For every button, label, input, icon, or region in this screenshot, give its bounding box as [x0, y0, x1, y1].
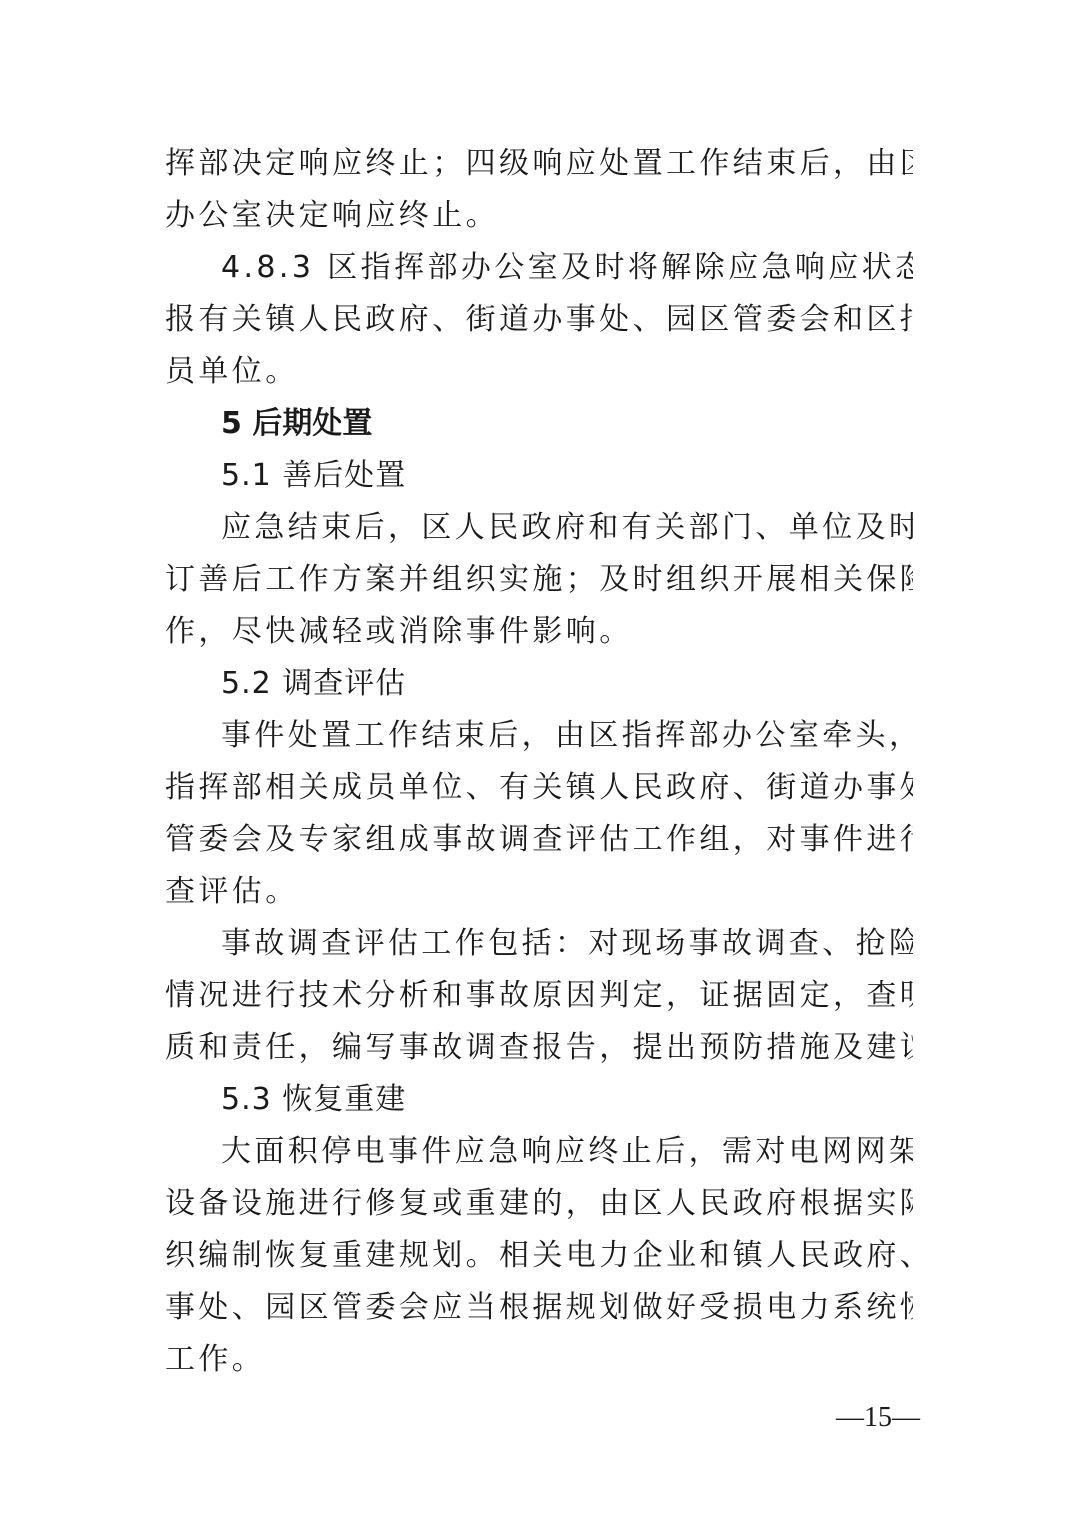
text-line: 挥部决定响应终止；四级响应处置工作结束后，由区指挥部 — [165, 138, 913, 190]
text-line: 大面积停电事件应急响应终止后，需对电网网架结构和 — [165, 1126, 913, 1178]
text-line: 事件处置工作结束后，由区指挥部办公室牵头，会同区 — [165, 710, 913, 762]
text-line: 报有关镇人民政府、街道办事处、园区管委会和区指挥部成 — [165, 294, 913, 346]
text-line: 办公室决定响应终止。 — [165, 190, 913, 242]
text-line: 作，尽快减轻或消除事件影响。 — [165, 606, 913, 658]
text-line: 质和责任，编写事故调查报告，提出预防措施及建议。 — [165, 1022, 913, 1074]
paragraph-reconstruction: 大面积停电事件应急响应终止后，需对电网网架结构和 设备设施进行修复或重建的，由区… — [165, 1126, 913, 1386]
text-line: 事故调查评估工作包括：对现场事故调查、抢险救援等 — [165, 918, 913, 970]
text-line: 情况进行技术分析和事故原因判定，证据固定，查明事故性 — [165, 970, 913, 1022]
text-line: 应急结束后，区人民政府和有关部门、单位及时组织制 — [165, 502, 913, 554]
page-number: —15— — [836, 1402, 920, 1434]
subsection-heading-5-2: 5.2 调查评估 — [165, 658, 913, 710]
subsection-heading-5-1: 5.1 善后处置 — [165, 450, 913, 502]
document-body: 挥部决定响应终止；四级响应处置工作结束后，由区指挥部 办公室决定响应终止。 4.… — [165, 138, 913, 1386]
text-line: 4.8.3 区指挥部办公室及时将解除应急响应状态信息通 — [165, 242, 913, 294]
text-line: 织编制恢复重建规划。相关电力企业和镇人民政府、街道办 — [165, 1230, 913, 1282]
paragraph-investigation-scope: 事故调查评估工作包括：对现场事故调查、抢险救援等 情况进行技术分析和事故原因判定… — [165, 918, 913, 1074]
subsection-heading-5-3: 5.3 恢复重建 — [165, 1074, 913, 1126]
paragraph-investigation: 事件处置工作结束后，由区指挥部办公室牵头，会同区 指挥部相关成员单位、有关镇人民… — [165, 710, 913, 918]
paragraph-aftermath: 应急结束后，区人民政府和有关部门、单位及时组织制 订善后工作方案并组织实施；及时… — [165, 502, 913, 658]
text-line: 指挥部相关成员单位、有关镇人民政府、街道办事处、园区 — [165, 762, 913, 814]
text-line: 管委会及专家组成事故调查评估工作组，对事件进行全面调 — [165, 814, 913, 866]
text-line: 查评估。 — [165, 866, 913, 918]
paragraph-response-termination: 挥部决定响应终止；四级响应处置工作结束后，由区指挥部 办公室决定响应终止。 — [165, 138, 913, 242]
text-line: 工作。 — [165, 1334, 913, 1386]
text-line: 订善后工作方案并组织实施；及时组织开展相关保险理赔工 — [165, 554, 913, 606]
text-line: 事处、园区管委会应当根据规划做好受损电力系统恢复重建 — [165, 1282, 913, 1334]
text-line: 设备设施进行修复或重建的，由区人民政府根据实际情况组 — [165, 1178, 913, 1230]
paragraph-4-8-3: 4.8.3 区指挥部办公室及时将解除应急响应状态信息通 报有关镇人民政府、街道办… — [165, 242, 913, 398]
section-heading-5: 5 后期处置 — [165, 398, 913, 450]
text-line: 员单位。 — [165, 346, 913, 398]
